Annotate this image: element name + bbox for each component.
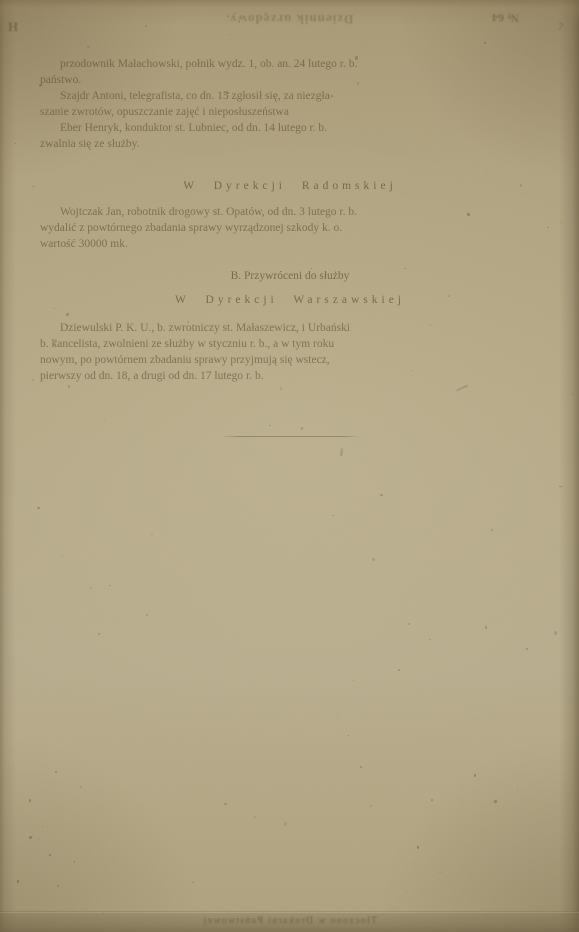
foxing-speck — [17, 880, 19, 882]
ghost-text-line: zwalnia się ze służby. — [40, 136, 540, 152]
ghost-text-line: wydalić z powtórnego zbadania sprawy wyr… — [40, 220, 540, 236]
ghost-text-line: Dziewulski P. K. U., b. zwrotniczy st. M… — [40, 320, 540, 336]
foxing-speck — [547, 227, 549, 229]
foxing-speck — [494, 800, 496, 802]
foxing-speck — [353, 680, 354, 681]
foxing-speck — [98, 633, 100, 635]
foxing-speck — [561, 222, 562, 223]
foxing-speck — [486, 171, 487, 172]
foxing-speck — [301, 427, 303, 429]
foxing-speck — [357, 82, 359, 85]
foxing-speck — [74, 861, 75, 862]
foxing-speck — [360, 766, 362, 768]
foxing-speck — [431, 799, 432, 801]
ghost-text-line: szanie zwrotów, opuszczanie zajęć i niep… — [40, 104, 540, 120]
ghost-text-line: Szajdr Antoni, telegrafista, co dn. 15 z… — [40, 88, 540, 104]
foxing-speck — [430, 324, 431, 325]
foxing-speck — [355, 56, 358, 59]
ghost-text-line: W Dyrekcji Radomskiej — [40, 178, 540, 194]
foxing-speck — [325, 285, 326, 286]
foxing-speck — [39, 839, 40, 840]
foxing-speck — [224, 803, 227, 805]
foxing-speck — [145, 25, 148, 27]
foxing-speck — [472, 814, 473, 815]
foxing-speck — [80, 786, 82, 788]
ink-mark: H — [8, 19, 18, 35]
foxing-speck — [15, 143, 16, 144]
foxing-speck — [54, 339, 57, 342]
foxing-speck — [42, 826, 44, 827]
faded-text-block: przodownik Małachowski, połnik wydz. 1, … — [40, 56, 540, 384]
foxing-speck — [49, 854, 52, 856]
foxing-speck — [332, 515, 334, 516]
foxing-speck — [398, 669, 400, 671]
foxing-speck — [408, 623, 409, 625]
foxing-speck — [404, 268, 406, 270]
foxing-speck — [559, 486, 561, 488]
foxing-speck — [109, 585, 111, 586]
foxing-speck — [104, 419, 105, 420]
ghost-text-line: Wojtczak Jan, robotnik drogowy st. Opató… — [40, 204, 540, 220]
foxing-speck — [5, 811, 6, 812]
foxing-speck — [230, 34, 231, 35]
foxing-speck — [26, 34, 28, 35]
foxing-speck — [290, 713, 291, 714]
ghost-text-line: W Dyrekcji Warszawskiej — [40, 292, 540, 308]
foxing-speck — [485, 626, 487, 628]
foxing-speck — [185, 181, 186, 182]
ink-mark: 7 — [557, 22, 564, 34]
ghost-text-line: b. kancelista, zwolnieni ze służby w sty… — [40, 336, 540, 352]
ink-mark: ł — [339, 448, 343, 459]
foxing-speck — [554, 631, 557, 635]
foxing-speck — [32, 379, 34, 380]
foxing-speck — [68, 385, 70, 388]
foxing-speck — [520, 184, 522, 187]
foxing-speck — [412, 370, 413, 371]
foxing-speck — [241, 670, 242, 671]
foxing-speck — [254, 816, 256, 819]
foxing-speck — [146, 614, 148, 617]
foxing-speck — [405, 891, 406, 892]
ghost-text-line: wartość 30000 mk. — [40, 236, 540, 252]
ghost-text-line: nowym, po powtórnem zbadaniu sprawy przy… — [40, 352, 540, 368]
foxing-speck — [29, 836, 32, 839]
foxing-speck — [370, 805, 372, 807]
printer-imprint-showthrough: Tłoczono w Drukarni Państwowej — [0, 916, 579, 926]
foxing-speck — [417, 846, 419, 848]
foxing-speck — [62, 556, 63, 557]
ghost-text-line: przodownik Małachowski, połnik wydz. 1, … — [40, 56, 540, 72]
ghost-text-line: B. Przywróceni do służby — [40, 268, 540, 284]
foxing-speck — [57, 885, 60, 888]
foxing-speck — [55, 771, 57, 772]
foxing-speck — [269, 425, 270, 427]
foxing-speck — [32, 186, 34, 188]
foxing-speck — [474, 774, 476, 777]
foxing-speck — [280, 387, 282, 390]
foxing-speck — [89, 587, 92, 589]
foxing-speck — [526, 648, 528, 650]
foxing-speck — [75, 162, 76, 163]
foxing-speck — [107, 655, 108, 656]
foxing-speck — [87, 46, 89, 48]
section-divider-rule — [222, 436, 360, 437]
foxing-speck — [380, 494, 383, 496]
foxing-speck — [192, 882, 195, 884]
foxing-speck — [151, 534, 153, 536]
foxing-speck — [448, 295, 450, 297]
foxing-speck — [484, 42, 486, 43]
foxing-speck — [572, 393, 573, 395]
scanned-document-page: Dziennik urzędowy. przodownik Małachowsk… — [0, 0, 579, 932]
foxing-speck — [439, 872, 441, 874]
foxing-speck — [311, 268, 312, 269]
foxing-speck — [37, 507, 40, 509]
foxing-speck — [284, 822, 287, 826]
foxing-speck — [517, 789, 518, 790]
foxing-speck — [54, 308, 55, 309]
foxing-speck — [39, 84, 41, 86]
foxing-speck — [29, 799, 31, 802]
foxing-speck — [348, 735, 350, 736]
foxing-speck — [491, 529, 492, 531]
foxing-speck — [372, 558, 375, 560]
foxing-speck — [429, 639, 431, 640]
foxing-speck — [467, 213, 469, 216]
ink-mark: № 64 — [492, 10, 519, 25]
ghost-text-line: państwo. — [40, 72, 540, 88]
ghost-text-line: Eber Henryk, konduktor st. Lubniec, od d… — [40, 120, 540, 136]
